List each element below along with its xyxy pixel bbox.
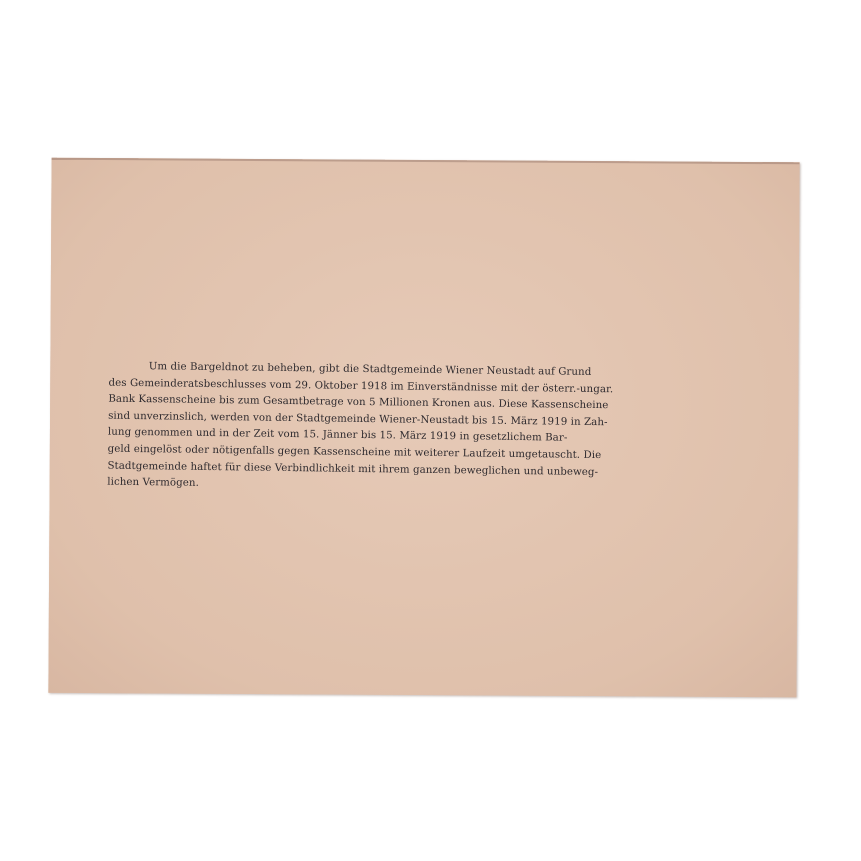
- show-through-title: [321, 299, 330, 329]
- banknote-reverse: Um die Bargeldnot zu beheben, gibt die S…: [48, 158, 799, 698]
- redemption-text: Um die Bargeldnot zu beheben, gibt die S…: [107, 359, 799, 501]
